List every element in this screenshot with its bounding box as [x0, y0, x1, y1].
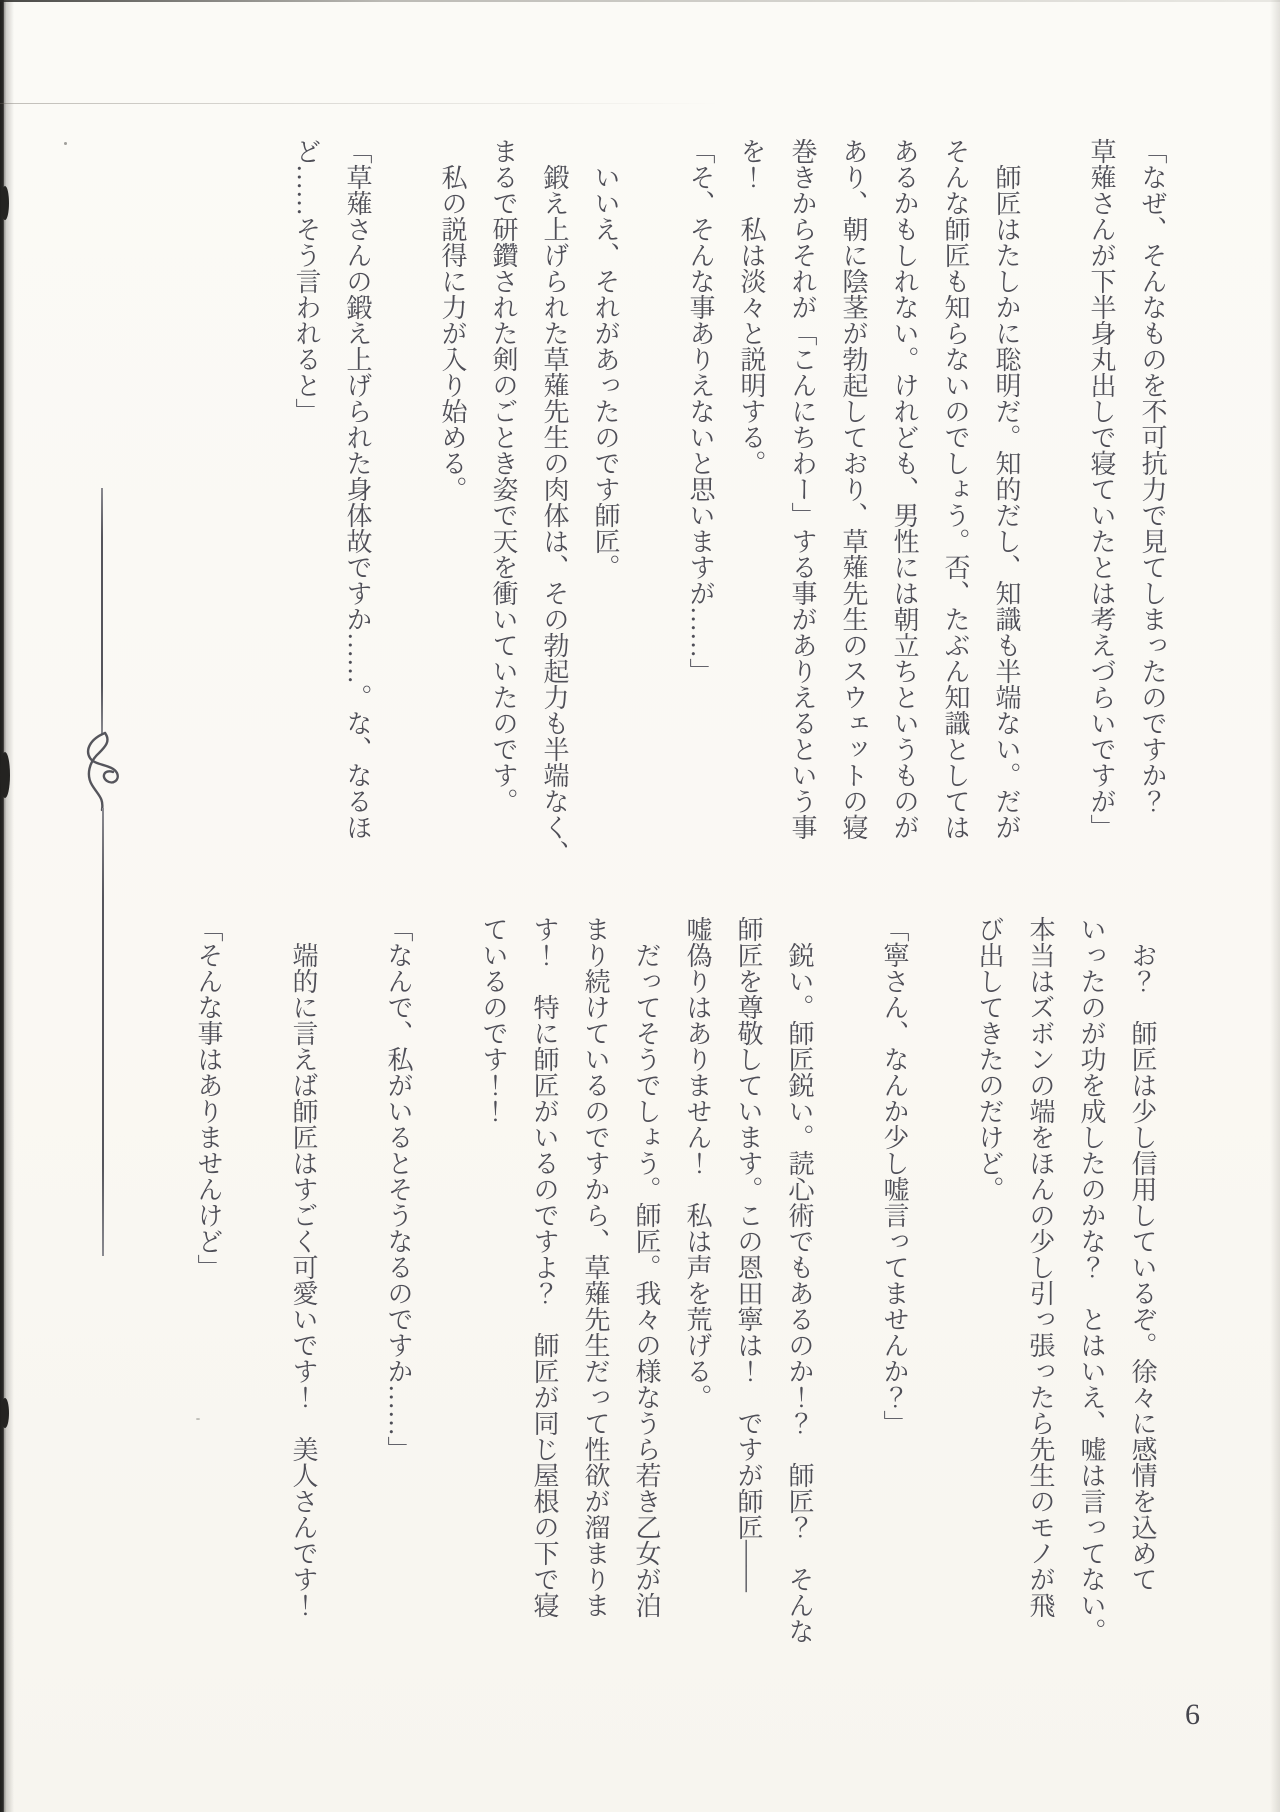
paragraph: 師匠はたしかに聡明だ。知的だし、知識も半端ない。だがそんな師匠も知らないのでしょ…: [726, 138, 1032, 883]
text-line: いったのが功を成したのかな？ とはいえ、嘘は言ってない。: [1066, 916, 1117, 1686]
text-line: を！ 私は淡々と説明する。: [726, 138, 777, 883]
scan-edge-top: [0, 0, 1280, 2]
text-line: 嘘偽りはありません！ 私は声を荒げる。: [672, 916, 723, 1686]
text-line: 端的に言えば師匠はすごく可愛いです！ 美人さんです！: [278, 916, 329, 1686]
scan-edge-left: [0, 0, 6, 1812]
text-line: ど……そう言われると」: [281, 138, 332, 883]
paragraph: 私の説得に力が入り始める。: [427, 138, 478, 883]
text-line: あるかもしれない。けれども、男性には朝立ちというものが: [879, 138, 930, 883]
text-line: まるで研鑽された剣のごとき姿で天を衝いていたのです。: [478, 138, 529, 883]
divider-rule-upper: [101, 488, 103, 735]
text-line: 「草薙さんの鍛え上げられた身体故ですか……。な、なるほ: [332, 138, 383, 883]
text-line: 師匠を尊敬しています。この恩田寧は！ ですが師匠——: [723, 916, 774, 1686]
scan-edge-blob: [0, 752, 10, 798]
scan-speck: [64, 142, 67, 145]
scan-edge-blob: [1, 186, 9, 220]
paragraph: 鋭い。師匠鋭い。読心術でもあるのか！？ 師匠？ そんな師匠を尊敬しています。この…: [672, 916, 825, 1686]
paragraph: 「寧さん、なんか少し嘘言ってませんか？」: [869, 916, 920, 1686]
text-line: 「なぜ、そんなものを不可抗力で見てしまったのですか？: [1127, 138, 1178, 883]
text-line: び出してきたのだけど。: [964, 916, 1015, 1686]
divider-flourish-icon: [74, 730, 132, 812]
text-line: 鋭い。師匠鋭い。読心術でもあるのか！？ 師匠？ そんな: [774, 916, 825, 1686]
paragraph: 端的に言えば師匠はすごく可愛いです！ 美人さんです！: [278, 916, 329, 1686]
text-line: 草薙さんが下半身丸出しで寝ていたとは考えづらいですが」: [1076, 138, 1127, 883]
text-line: まり続けているのですから、草薙先生だって性欲が溜まりま: [570, 916, 621, 1686]
page-number: 6: [1185, 1698, 1200, 1732]
divider-rule-lower: [102, 808, 104, 1256]
scanned-page: 「なぜ、そんなものを不可抗力で見てしまったのですか？草薙さんが下半身丸出しで寝て…: [0, 0, 1280, 1812]
text-line: す！ 特に師匠がいるのですよ？ 師匠が同じ屋根の下で寝: [519, 916, 570, 1686]
scan-edge-right: [1270, 0, 1280, 1812]
paragraph: いいえ、それがあったのです師匠。: [580, 138, 631, 883]
text-line: そんな師匠も知らないのでしょう。否、たぶん知識としては: [930, 138, 981, 883]
text-line: 巻きからそれが「こんにちわー」する事がありえるという事: [777, 138, 828, 883]
paragraph: 鍛え上げられた草薙先生の肉体は、その勃起力も半端なく、まるで研鑽された剣のごとき…: [478, 138, 580, 883]
text-line: 「なんで、私がいるとそうなるのですか……」: [373, 916, 424, 1686]
text-line: お？ 師匠は少し信用しているぞ。徐々に感情を込めて: [1117, 916, 1168, 1686]
text-line: 「寧さん、なんか少し嘘言ってませんか？」: [869, 916, 920, 1686]
text-line: 私の説得に力が入り始める。: [427, 138, 478, 883]
text-line: だってそうでしょう。師匠。我々の様なうら若き乙女が泊: [621, 916, 672, 1686]
bottom-text-block: お？ 師匠は少し信用しているぞ。徐々に感情を込めていったのが功を成したのかな？ …: [183, 916, 1168, 1686]
text-line: 「そ、そんな事ありえないと思いますが……」: [675, 138, 726, 883]
paragraph: 「そんな事はありませんけど」: [183, 916, 234, 1686]
paragraph: 「なぜ、そんなものを不可抗力で見てしまったのですか？草薙さんが下半身丸出しで寝て…: [1076, 138, 1178, 883]
text-line: あり、朝に陰茎が勃起しており、草薙先生のスウェットの寝: [828, 138, 879, 883]
paragraph: だってそうでしょう。師匠。我々の様なうら若き乙女が泊まり続けているのですから、草…: [468, 916, 672, 1686]
scan-edge-left-soft: [5, 0, 14, 1812]
text-line: 本当はズボンの端をほんの少し引っ張ったら先生のモノが飛: [1015, 916, 1066, 1686]
scan-crease-line: [0, 103, 720, 104]
text-line: 鍛え上げられた草薙先生の肉体は、その勃起力も半端なく、: [529, 138, 580, 883]
text-line: ているのです！！: [468, 916, 519, 1686]
paragraph: お？ 師匠は少し信用しているぞ。徐々に感情を込めていったのが功を成したのかな？ …: [964, 916, 1168, 1686]
top-text-block: 「なぜ、そんなものを不可抗力で見てしまったのですか？草薙さんが下半身丸出しで寝て…: [281, 138, 1178, 883]
scan-edge-blob: [1, 1398, 9, 1428]
text-line: いいえ、それがあったのです師匠。: [580, 138, 631, 883]
text-line: 師匠はたしかに聡明だ。知的だし、知識も半端ない。だが: [981, 138, 1032, 883]
paragraph: 「そ、そんな事ありえないと思いますが……」: [675, 138, 726, 883]
paragraph: 「草薙さんの鍛え上げられた身体故ですか……。な、なるほど……そう言われると」: [281, 138, 383, 883]
text-line: 「そんな事はありませんけど」: [183, 916, 234, 1686]
paragraph: 「なんで、私がいるとそうなるのですか……」: [373, 916, 424, 1686]
